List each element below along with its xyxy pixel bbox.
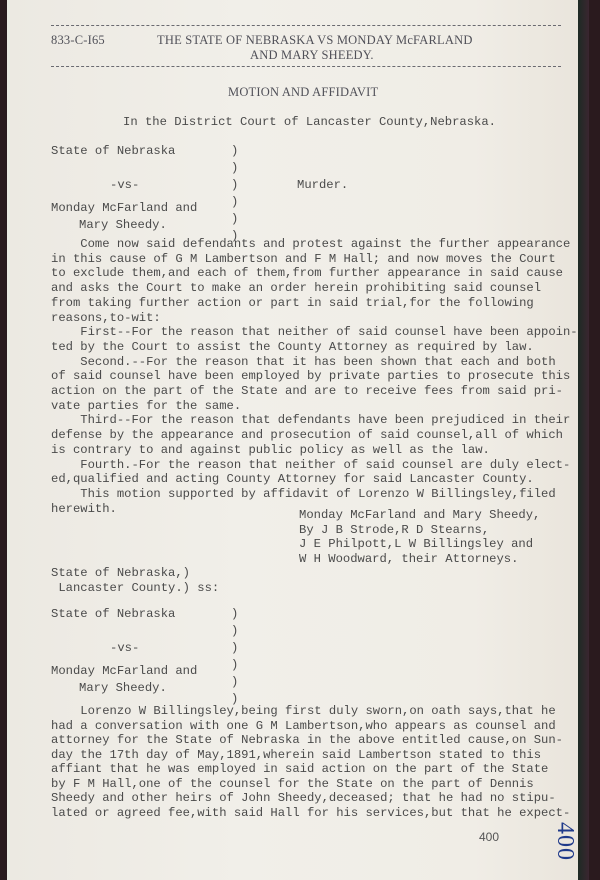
affidavit-line: had a conversation with one G M Lamberts… — [51, 719, 571, 734]
affidavit-line: day the 17th day of May,1891,wherein sai… — [51, 748, 571, 763]
signature-line: J E Philpott,L W Billingsley and — [299, 537, 559, 552]
motion-line: This motion supported by affidavit of Lo… — [51, 487, 571, 502]
motion-line: Second.--For the reason that it has been… — [51, 355, 571, 370]
caption-bracket: ) — [231, 623, 238, 639]
motion-line: to exclude them,and each of them,from fu… — [51, 266, 571, 281]
caption-bracket: ) — [231, 657, 238, 673]
motion-line: ed,qualified and acting County Attorney … — [51, 472, 571, 487]
caption-defendant-line1: Monday McFarland and — [51, 200, 197, 216]
motion-line: vate parties for the same. — [51, 399, 571, 414]
page-number: 400 — [479, 829, 499, 845]
case-title-line2: AND MARY SHEEDY. — [250, 47, 374, 63]
motion-line: from taking further action or part in sa… — [51, 296, 571, 311]
motion-line: defense by the appearance and prosecutio… — [51, 428, 571, 443]
caption-bracket: ) — [231, 177, 238, 193]
caption-bracket: ) — [231, 211, 238, 227]
caption-bracket: ) — [231, 640, 238, 656]
signature-block: Monday McFarland and Mary Sheedy, By J B… — [299, 508, 559, 566]
document-page: 833-C-I65 THE STATE OF NEBRASKA VS MONDA… — [7, 0, 589, 880]
signature-line: W H Woodward, their Attorneys. — [299, 552, 559, 567]
affidavit-line: Lorenzo W Billingsley,being first duly s… — [51, 704, 571, 719]
signature-line: By J B Strode,R D Stearns, — [299, 523, 559, 538]
affidavit-line: affiant that he was employed in said act… — [51, 762, 571, 777]
caption-bracket: ) — [231, 606, 238, 622]
caption-bracket: ) — [231, 160, 238, 176]
caption-defendant-line1: Monday McFarland and — [51, 663, 197, 679]
motion-line: and asks the Court to make an order here… — [51, 281, 571, 296]
affidavit-line: lated or agreed fee,with said Hall for h… — [51, 806, 571, 821]
affidavit-line: by F M Hall,one of the counsel for the S… — [51, 777, 571, 792]
motion-line: First--For the reason that neither of sa… — [51, 325, 571, 340]
affidavit-line: Sheedy and other heirs of John Sheedy,de… — [51, 791, 571, 806]
motion-line: in this cause of G M Lambertson and F M … — [51, 252, 571, 267]
signature-line: Monday McFarland and Mary Sheedy, — [299, 508, 559, 523]
court-name: In the District Court of Lancaster Count… — [123, 114, 496, 130]
motion-line: action on the part of the State and are … — [51, 384, 571, 399]
venue-line2: Lancaster County.) ss: — [51, 580, 219, 596]
binding-edge — [578, 0, 589, 880]
venue-line1: State of Nebraska,) — [51, 565, 190, 581]
caption-bracket: ) — [231, 143, 238, 159]
motion-line: Fourth.-For the reason that neither of s… — [51, 458, 571, 473]
caption-plaintiff: State of Nebraska — [51, 606, 175, 622]
header-rule-bottom — [51, 66, 561, 67]
affidavit-body: Lorenzo W Billingsley,being first duly s… — [51, 704, 571, 820]
motion-body: Come now said defendants and protest aga… — [51, 237, 571, 516]
motion-line: is contrary to and against public policy… — [51, 443, 571, 458]
document-heading: MOTION AND AFFIDAVIT — [228, 84, 378, 100]
caption-vs: -vs- — [110, 640, 139, 656]
page-number-stamp: 400 — [557, 822, 573, 861]
caption-charge: Murder. — [297, 177, 348, 193]
motion-line: of said counsel have been employed by pr… — [51, 369, 571, 384]
motion-line: reasons,to-wit: — [51, 311, 571, 326]
caption-defendant-line2: Mary Sheedy. — [79, 217, 167, 233]
motion-line: ted by the Court to assist the County At… — [51, 340, 571, 355]
caption-bracket: ) — [231, 194, 238, 210]
motion-line: Third--For the reason that defendants ha… — [51, 413, 571, 428]
caption-vs: -vs- — [110, 177, 139, 193]
header-rule-top — [51, 25, 561, 26]
caption-defendant-line2: Mary Sheedy. — [79, 680, 167, 696]
case-number: 833-C-I65 — [51, 32, 105, 48]
case-title-line1: THE STATE OF NEBRASKA VS MONDAY McFARLAN… — [157, 32, 473, 48]
motion-line: Come now said defendants and protest aga… — [51, 237, 571, 252]
caption-plaintiff: State of Nebraska — [51, 143, 175, 159]
affidavit-line: attorney for the State of Nebraska in th… — [51, 733, 571, 748]
caption-bracket: ) — [231, 674, 238, 690]
